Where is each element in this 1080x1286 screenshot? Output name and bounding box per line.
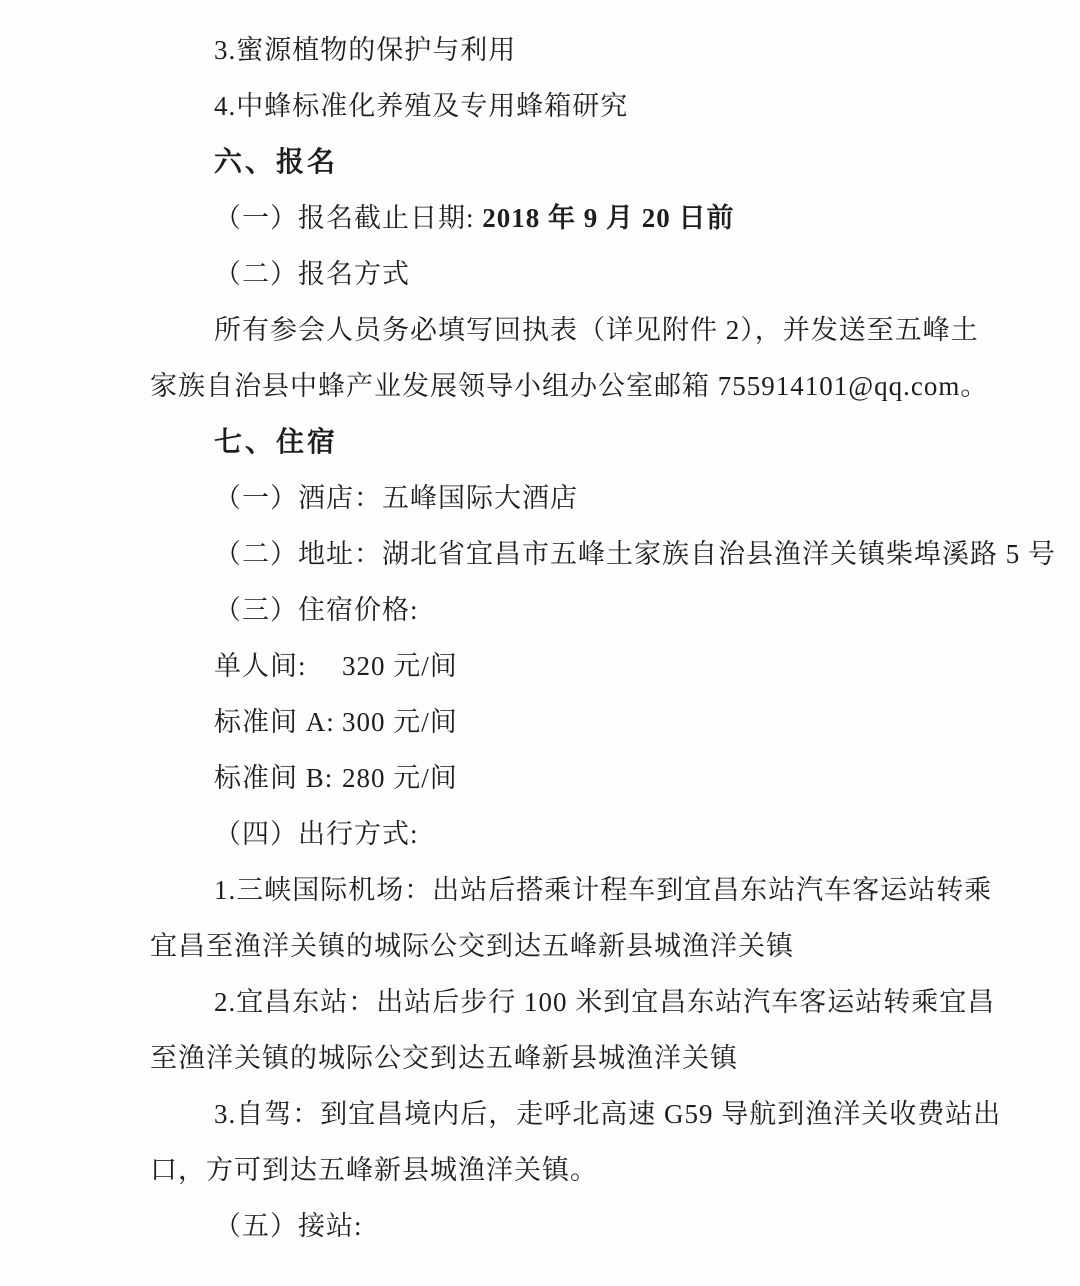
room-type-label: 标准间 A: — [214, 694, 342, 750]
address-line: （二）地址：湖北省宜昌市五峰土家族自治县渔洋关镇柴埠溪路 5 号 — [150, 526, 950, 582]
travel-option-driving-line2: 口，方可到达五峰新县城渔洋关镇。 — [150, 1142, 950, 1198]
price-heading: （三）住宿价格: — [150, 582, 950, 638]
document-page: 3.蜜源植物的保护与利用 4.中蜂标准化养殖及专用蜂箱研究 六、报名 （一）报名… — [150, 22, 950, 1254]
deadline-label: （一）报名截止日期: — [214, 203, 482, 233]
research-topic-4: 4.中蜂标准化养殖及专用蜂箱研究 — [150, 78, 950, 134]
room-price-value: 300 元/间 — [342, 707, 458, 737]
room-price-row-standard-a: 标准间 A:300 元/间 — [150, 694, 950, 750]
travel-option-train-station-line2: 至渔洋关镇的城际公交到达五峰新县城渔洋关镇 — [150, 1030, 950, 1086]
room-price-value: 320 元/间 — [342, 651, 458, 681]
travel-option-driving-line1: 3.自驾：到宜昌境内后，走呼北高速 G59 导航到渔洋关收费站出 — [150, 1086, 950, 1142]
section-heading-accommodation: 七、住宿 — [150, 414, 950, 470]
room-price-row-standard-b: 标准间 B:280 元/间 — [150, 750, 950, 806]
hotel-line: （一）酒店：五峰国际大酒店 — [150, 470, 950, 526]
section-heading-registration: 六、报名 — [150, 134, 950, 190]
travel-option-airport-line1: 1.三峡国际机场：出站后搭乘计程车到宜昌东站汽车客运站转乘 — [150, 862, 950, 918]
room-type-label: 标准间 B: — [214, 750, 342, 806]
pickup-heading: （五）接站: — [150, 1198, 950, 1254]
registration-method-text-line1: 所有参会人员务必填写回执表（详见附件 2），并发送至五峰土 — [150, 302, 950, 358]
travel-option-train-station-line1: 2.宜昌东站：出站后步行 100 米到宜昌东站汽车客运站转乘宜昌 — [150, 974, 950, 1030]
registration-method-text-line2: 家族自治县中蜂产业发展领导小组办公室邮箱 755914101@qq.com。 — [150, 358, 950, 414]
room-price-row-single: 单人间:320 元/间 — [150, 638, 950, 694]
room-price-value: 280 元/间 — [342, 763, 458, 793]
room-type-label: 单人间: — [214, 638, 342, 694]
registration-deadline-line: （一）报名截止日期: 2018 年 9 月 20 日前 — [150, 190, 950, 246]
travel-option-airport-line2: 宜昌至渔洋关镇的城际公交到达五峰新县城渔洋关镇 — [150, 918, 950, 974]
travel-heading: （四）出行方式: — [150, 806, 950, 862]
registration-method-heading: （二）报名方式 — [150, 246, 950, 302]
research-topic-3: 3.蜜源植物的保护与利用 — [150, 22, 950, 78]
deadline-date: 2018 年 9 月 20 日前 — [482, 203, 734, 233]
